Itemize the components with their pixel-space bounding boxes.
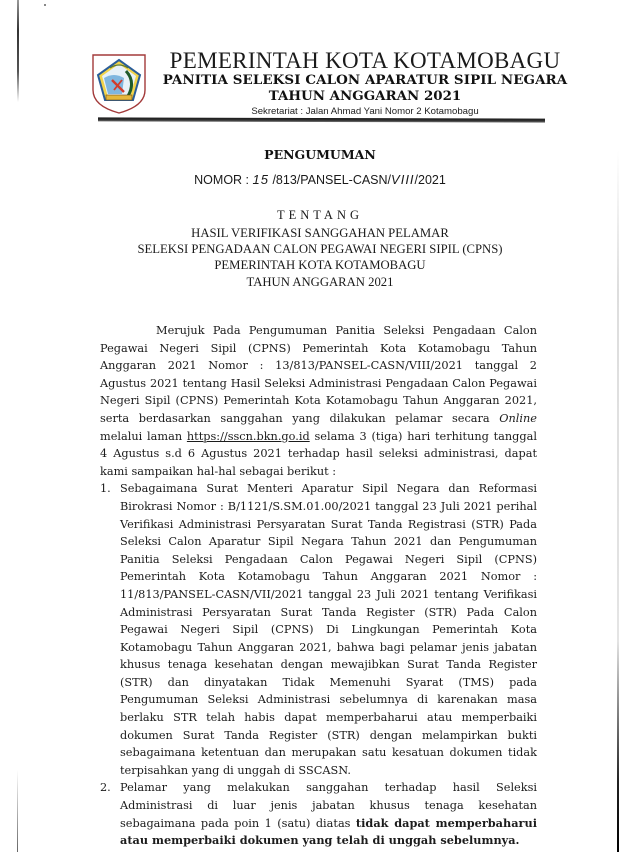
subject-line: SELEKSI PENGADAAN CALON PEGAWAI NEGERI S…: [0, 241, 640, 257]
points-list: 1. Sebagaimana Surat Menteri Aparatur Si…: [100, 480, 537, 849]
letterhead-fiscal-year: TAHUN ANGGARAN 2021: [150, 88, 580, 104]
letterhead-government-name: PEMERINTAH KOTA KOTAMOBAGU: [150, 48, 580, 74]
intro-italic-online: Online: [499, 412, 537, 425]
list-item-number: 1.: [100, 480, 111, 498]
nomor-handwritten-number: 15: [253, 172, 269, 187]
letterhead-committee-name: PANITIA SELEKSI CALON APARATUR SIPIL NEG…: [150, 72, 580, 88]
scan-speck: [44, 4, 46, 6]
nomor-label: NOMOR :: [194, 173, 249, 187]
letterhead-address: Sekretariat : Jalan Ahmad Yani Nomor 2 K…: [150, 106, 580, 117]
nomor-year: /2021: [415, 173, 446, 187]
tentang-heading: TENTANG: [0, 208, 640, 223]
subject-line: PEMERINTAH KOTA KOTAMOBAGU: [0, 257, 640, 273]
kotamobagu-coat-of-arms-icon: [92, 54, 146, 114]
scan-edge-left: [17, 0, 19, 102]
document-number: NOMOR : 15 /813/PANSEL-CASN/VIII/2021: [0, 172, 640, 187]
scan-edge-left-lower: [17, 770, 18, 852]
intro-paragraph: Merujuk Pada Pengumuman Panitia Seleksi …: [100, 322, 537, 480]
nomor-handwritten-month: VIII: [391, 172, 415, 187]
letterhead-divider: [98, 117, 545, 122]
list-item: 1. Sebagaimana Surat Menteri Aparatur Si…: [100, 480, 537, 779]
sscn-link[interactable]: https://sscn.bkn.go.id: [187, 430, 310, 443]
subject-block: HASIL VERIFIKASI SANGGAHAN PELAMAR SELEK…: [0, 225, 640, 290]
document-title: PENGUMUMAN: [0, 147, 640, 162]
intro-text: Merujuk Pada Pengumuman Panitia Seleksi …: [100, 324, 537, 425]
subject-line: HASIL VERIFIKASI SANGGAHAN PELAMAR: [0, 225, 640, 241]
list-item-number: 2.: [100, 779, 111, 797]
nomor-middle: /813/PANSEL-CASN/: [272, 173, 391, 187]
subject-line: TAHUN ANGGARAN 2021: [0, 274, 640, 290]
list-item: 2. Pelamar yang melakukan sanggahan terh…: [100, 779, 537, 849]
document-body: Merujuk Pada Pengumuman Panitia Seleksi …: [100, 322, 537, 850]
intro-text: melalui laman: [100, 430, 187, 443]
list-item-text: Sebagaimana Surat Menteri Aparatur Sipil…: [120, 482, 537, 777]
